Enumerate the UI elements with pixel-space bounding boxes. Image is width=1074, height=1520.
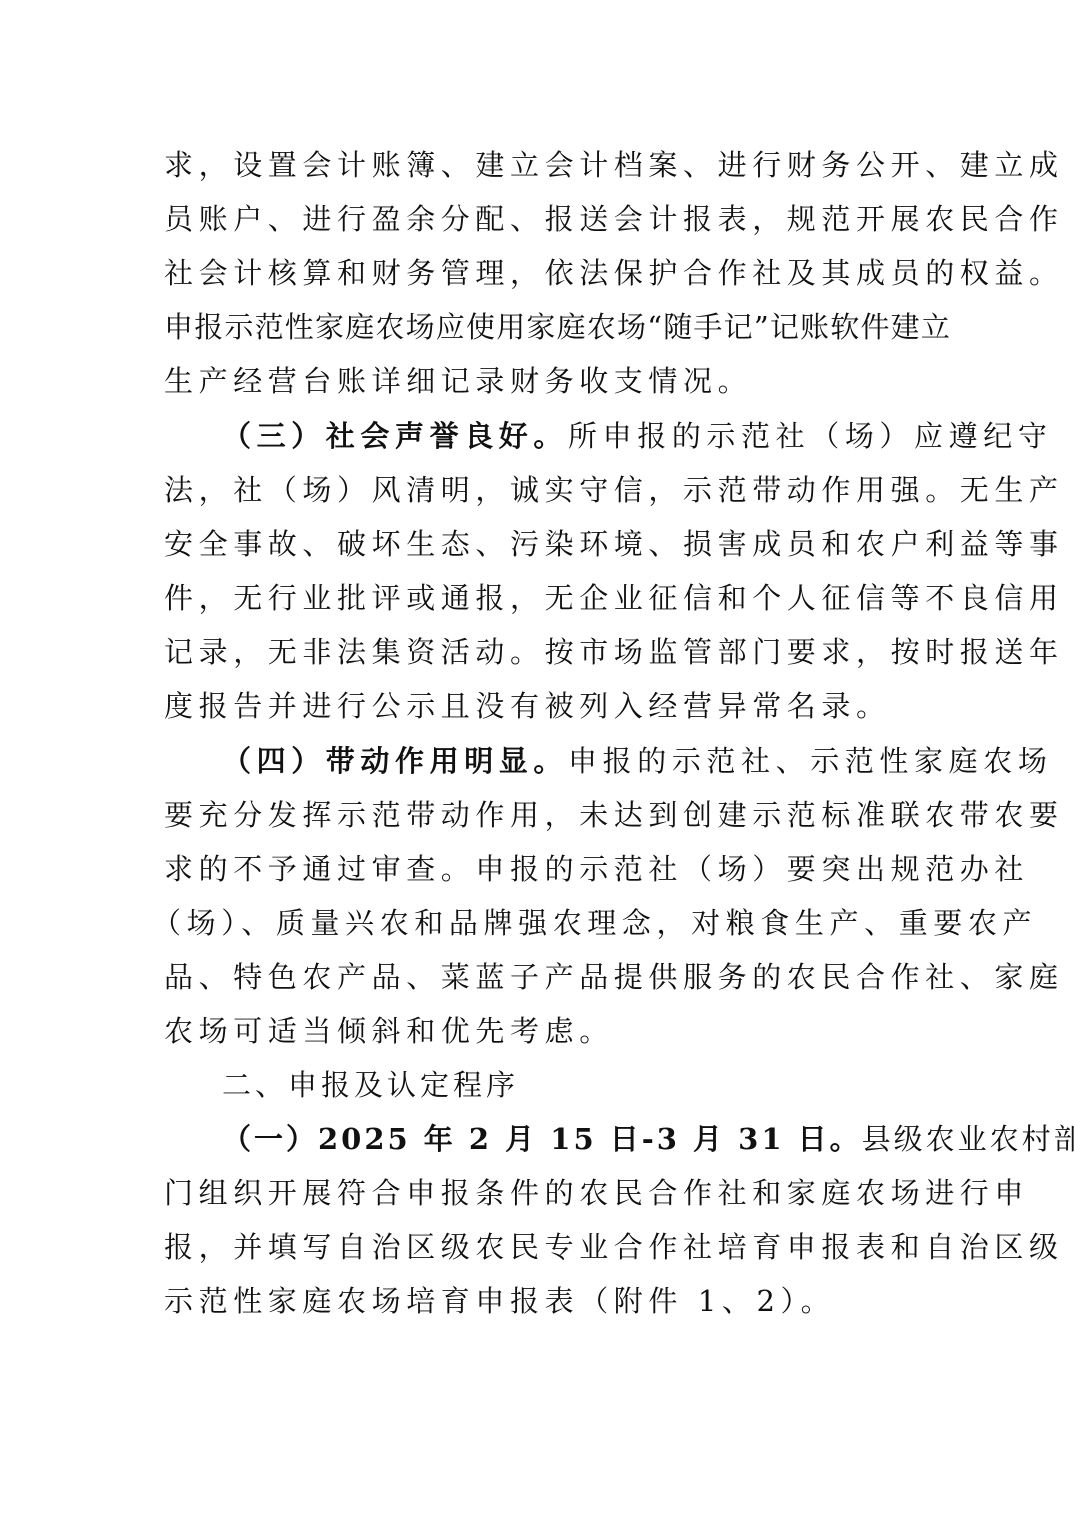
step-one-line-4: 示范性家庭农场培育申报表（附件 1、2）。 bbox=[164, 1274, 914, 1328]
paragraph-accounting-line-3: 社会计核算和财务管理，依法保护合作社及其成员的权益。 bbox=[164, 246, 914, 300]
paragraph-reputation-text: 所申报的示范社（场）应遵纪守 bbox=[568, 419, 1052, 453]
subsection-title-reputation: （三）社会声誉良好。 bbox=[222, 419, 568, 453]
subsection-title-leading-role: （四）带动作用明显。 bbox=[222, 744, 568, 778]
paragraph-reputation-line-6: 度报告并进行公示且没有被列入经营异常名录。 bbox=[164, 679, 914, 733]
step-one-date-title: （一）2025 年 2 月 15 日-3 月 31 日。 bbox=[222, 1122, 862, 1156]
section-heading: 二、申报及认定程序 bbox=[222, 1058, 972, 1112]
paragraph-accounting-line-5: 生产经营台账详细记录财务收支情况。 bbox=[164, 354, 914, 408]
paragraph-leading-role-line-2: 要充分发挥示范带动作用，未达到创建示范标准联农带农要 bbox=[164, 788, 914, 842]
paragraph-leading-role-line-5: 品、特色农产品、菜蓝子产品提供服务的农民合作社、家庭 bbox=[164, 950, 914, 1004]
document-page: 求，设置会计账簿、建立会计档案、进行财务公开、建立成 员账户、进行盈余分配、报送… bbox=[0, 0, 1074, 1520]
paragraph-reputation-line-3: 安全事故、破坏生态、污染环境、损害成员和农户利益等事 bbox=[164, 517, 914, 571]
paragraph-reputation-line-1: （三）社会声誉良好。所申报的示范社（场）应遵纪守 bbox=[222, 409, 922, 463]
paragraph-reputation-line-2: 法，社（场）风清明，诚实守信，示范带动作用强。无生产 bbox=[164, 463, 914, 517]
paragraph-leading-role-line-1: （四）带动作用明显。申报的示范社、示范性家庭农场 bbox=[222, 734, 922, 788]
paragraph-leading-role-text: 申报的示范社、示范性家庭农场 bbox=[568, 744, 1052, 778]
paragraph-leading-role-line-4: （场）、质量兴农和品牌强农理念，对粮食生产、重要农产 bbox=[152, 896, 902, 950]
paragraph-leading-role-line-6: 农场可适当倾斜和优先考虑。 bbox=[164, 1004, 914, 1058]
paragraph-accounting-line-4: 申报示范性家庭农场应使用家庭农场“随手记”记账软件建立 bbox=[164, 300, 914, 354]
step-one-text: 县级农业农村部 bbox=[862, 1122, 1074, 1156]
step-one-line-1: （一）2025 年 2 月 15 日-3 月 31 日。县级农业农村部 bbox=[222, 1112, 922, 1166]
paragraph-reputation-line-4: 件，无行业批评或通报，无企业征信和个人征信等不良信用 bbox=[164, 571, 914, 625]
step-one-line-2: 门组织开展符合申报条件的农民合作社和家庭农场进行申 bbox=[164, 1166, 914, 1220]
paragraph-leading-role-line-3: 求的不予通过审查。申报的示范社（场）要突出规范办社 bbox=[164, 842, 914, 896]
paragraph-accounting-line-1: 求，设置会计账簿、建立会计档案、进行财务公开、建立成 bbox=[164, 138, 914, 192]
step-one-line-3: 报，并填写自治区级农民专业合作社培育申报表和自治区级 bbox=[164, 1220, 914, 1274]
paragraph-reputation-line-5: 记录，无非法集资活动。按市场监管部门要求，按时报送年 bbox=[164, 625, 914, 679]
paragraph-accounting-line-2: 员账户、进行盈余分配、报送会计报表，规范开展农民合作 bbox=[164, 192, 914, 246]
